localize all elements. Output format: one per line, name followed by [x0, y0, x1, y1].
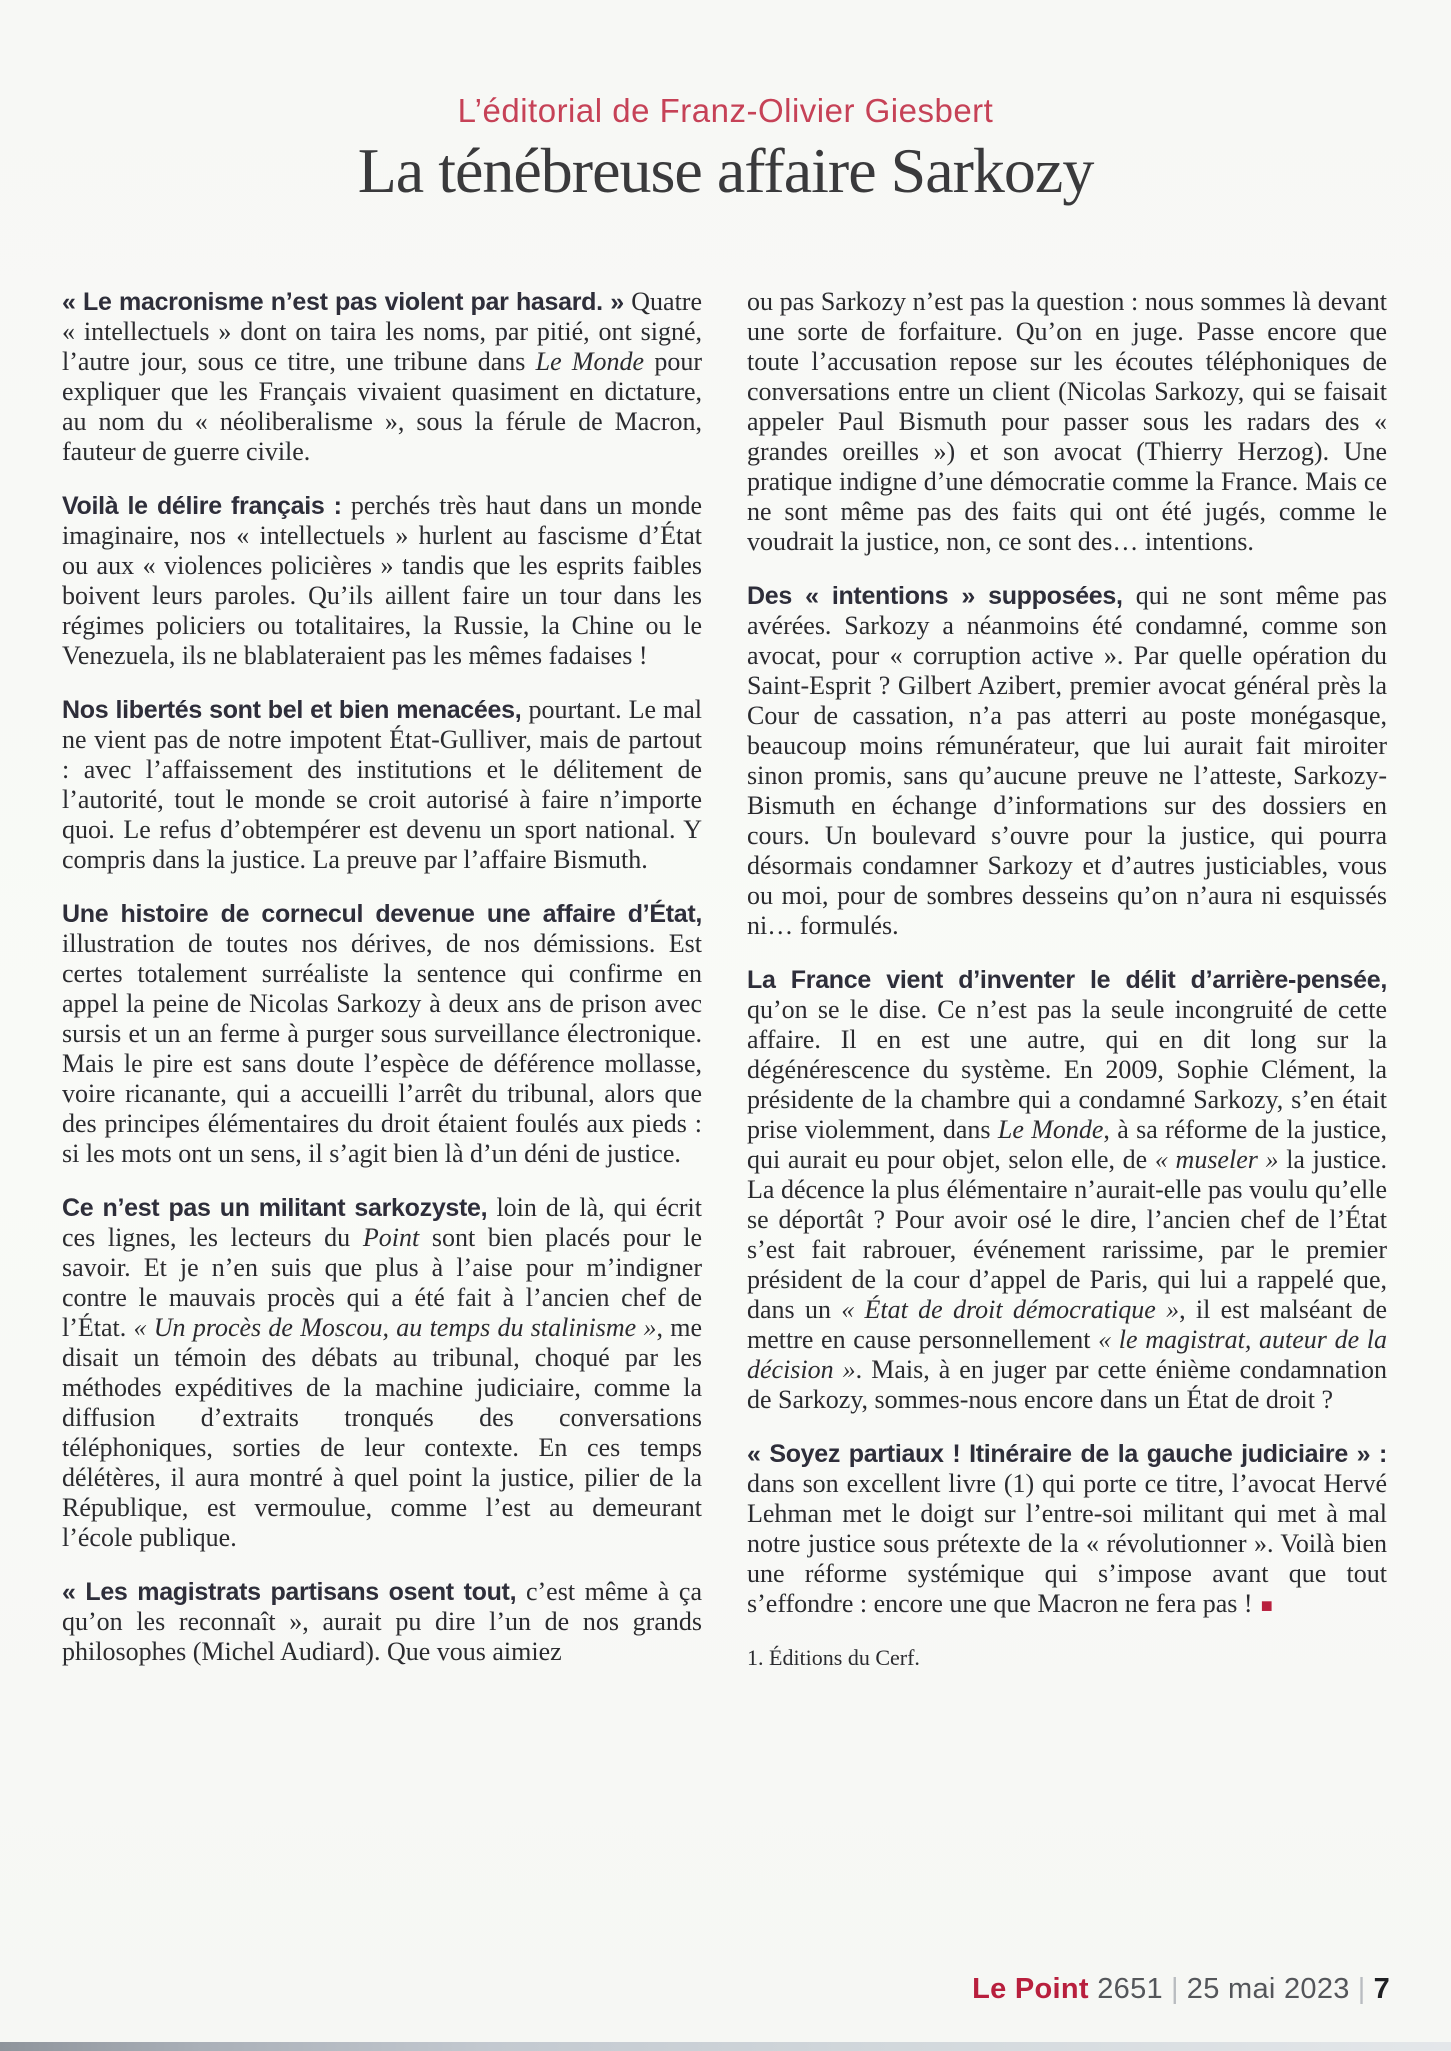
italic-text: « museler » — [1155, 1145, 1279, 1174]
article-body: « Le macronisme n’est pas violent par ha… — [62, 287, 1387, 1691]
footer-separator: | — [1350, 1973, 1374, 2005]
italic-text: Le Monde — [536, 347, 644, 376]
paragraph: Ce n’est pas un militant sarkozyste, loi… — [62, 1193, 702, 1553]
paragraph: La France vient d’inventer le délit d’ar… — [747, 965, 1387, 1415]
right-column: ou pas Sarkozy n’est pas la question : n… — [747, 287, 1387, 1691]
body-text: illustration de toutes nos dérives, de n… — [62, 929, 702, 1168]
paragraph-lead: Voilà le délire français : — [62, 492, 351, 520]
paragraph-lead: « Soyez partiaux ! Itinéraire de la gauc… — [747, 1440, 1387, 1468]
page-bottom-edge — [0, 2042, 1451, 2051]
paragraph-lead: Une histoire de cornecul devenue une aff… — [62, 900, 702, 928]
paragraph-lead: « Le macronisme n’est pas violent par ha… — [62, 288, 631, 316]
paragraph: Voilà le délire français : perchés très … — [62, 491, 702, 671]
issue-date: 25 mai 2023 — [1187, 1973, 1350, 2005]
paragraph: « Soyez partiaux ! Itinéraire de la gauc… — [747, 1439, 1387, 1621]
left-column: « Le macronisme n’est pas violent par ha… — [62, 287, 702, 1691]
paragraph: Une histoire de cornecul devenue une aff… — [62, 899, 702, 1169]
paragraph: « Le macronisme n’est pas violent par ha… — [62, 287, 702, 467]
footnote: 1. Éditions du Cerf. — [747, 1645, 1387, 1671]
paragraph: « Les magistrats partisans osent tout, c… — [62, 1577, 702, 1667]
paragraph-lead: Des « intentions » supposées, — [747, 582, 1136, 610]
magazine-page: L’éditorial de Franz-Olivier Giesbert La… — [0, 0, 1451, 2051]
paragraph: Des « intentions » supposées, qui ne son… — [747, 581, 1387, 941]
end-of-article-mark: ■ — [1261, 1595, 1273, 1617]
body-text: qui ne sont même pas avérées. Sarkozy a … — [747, 581, 1387, 940]
page-number: 7 — [1374, 1973, 1390, 2005]
brand-logo-text: Le Point — [972, 1973, 1089, 2005]
italic-text: « État de droit démocratique » — [841, 1295, 1179, 1324]
body-text: , me disait un témoin des débats au trib… — [62, 1313, 702, 1552]
body-text: ou pas Sarkozy n’est pas la question : n… — [747, 287, 1387, 556]
editorial-kicker: L’éditorial de Franz-Olivier Giesbert — [0, 92, 1451, 130]
italic-text: Point — [363, 1223, 419, 1252]
footer-separator: | — [1163, 1973, 1187, 2005]
italic-text: « Un procès de Moscou, au temps du stali… — [134, 1313, 657, 1342]
body-text: dans son excellent livre (1) qui porte c… — [747, 1469, 1387, 1618]
paragraph: ou pas Sarkozy n’est pas la question : n… — [747, 287, 1387, 557]
page-title: La ténébreuse affaire Sarkozy — [0, 134, 1451, 208]
paragraph: Nos libertés sont bel et bien menacées, … — [62, 695, 702, 875]
page-footer: Le Point 2651|25 mai 2023|7 — [972, 1972, 1390, 2006]
paragraph-lead: « Les magistrats partisans osent tout, — [62, 1578, 526, 1606]
italic-text: Le Monde — [998, 1115, 1104, 1144]
paragraph-lead: Ce n’est pas un militant sarkozyste, — [62, 1194, 496, 1222]
issue-number: 2651 — [1097, 1973, 1163, 2005]
paragraph-lead: La France vient d’inventer le délit d’ar… — [747, 966, 1387, 994]
paragraph-lead: Nos libertés sont bel et bien menacées, — [62, 696, 528, 724]
